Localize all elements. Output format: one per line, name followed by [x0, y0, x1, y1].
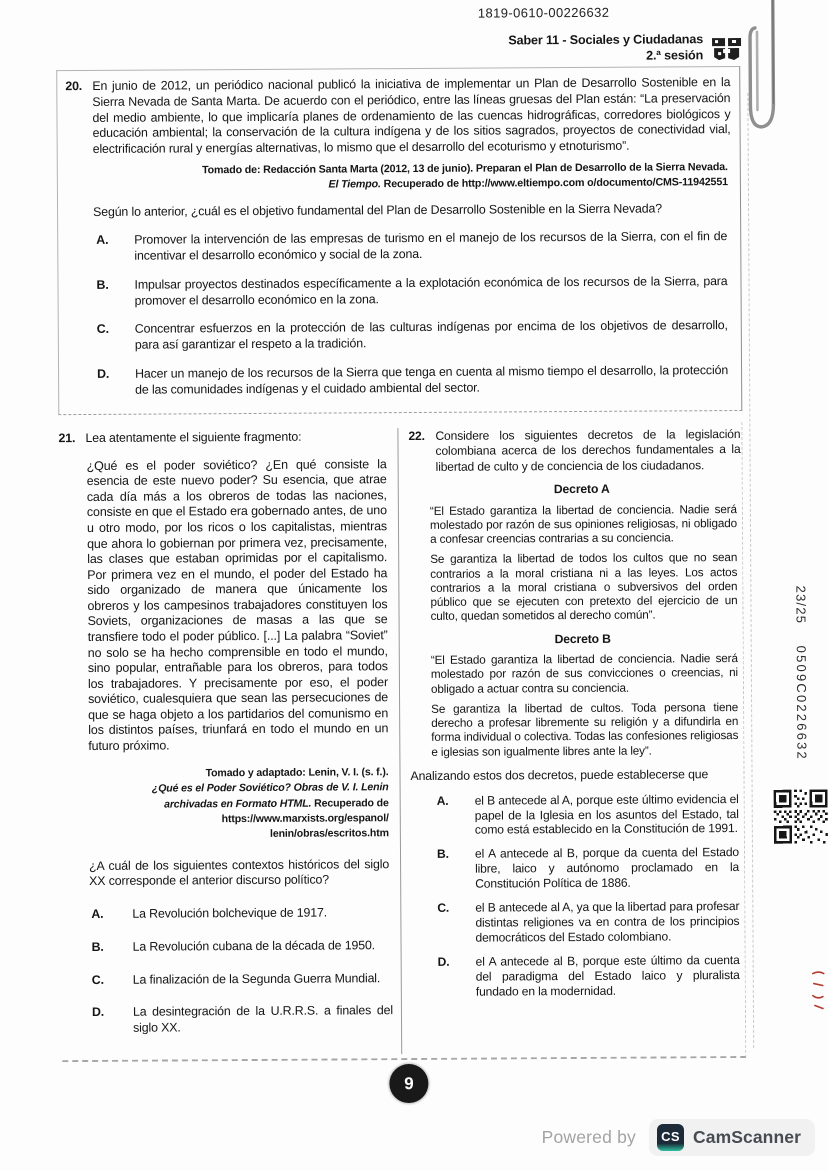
- margin-code: 0509C0226632: [792, 646, 809, 761]
- scanned-exam-page: 1819-0610-00226632 Saber 11 - Sociales y…: [0, 0, 828, 1171]
- q21-option-c: C. La finalización de la Segunda Guerra …: [92, 971, 393, 989]
- camscanner-footer: Powered by CS CamScanner: [0, 1119, 815, 1156]
- q20-option-d: D. Hacer un manejo de los recursos de la…: [97, 363, 732, 398]
- option-text: La finalización de la Segunda Guerra Mun…: [133, 971, 393, 988]
- column-divider: [397, 428, 402, 1054]
- option-text: La desintegración de la U.R.R.S. a final…: [133, 1003, 393, 1036]
- source-line: El Tiempo. Recuperado de http://www.elti…: [66, 175, 728, 194]
- question-20: 20. En junio de 2012, un periódico nacio…: [65, 75, 730, 158]
- question-22-prompt: Analizando estos dos decretos, puede est…: [410, 767, 738, 785]
- decree-b-paragraph-2: Se garantiza la libertad de cultos. Toda…: [431, 701, 738, 760]
- question-number: 21.: [58, 431, 85, 447]
- option-text: el A antecede al B, porque este último d…: [476, 953, 744, 999]
- option-text: La Revolución bolchevique de 1917.: [132, 905, 392, 922]
- red-pen-mark-icon: [809, 969, 828, 1013]
- exam-title: Saber 11 - Sociales y Ciudadanas: [467, 31, 703, 49]
- option-letter: D.: [92, 1005, 133, 1037]
- decree-a-paragraph-1: “El Estado garantiza la libertad de conc…: [430, 503, 737, 548]
- qr-code-icon: [774, 789, 828, 843]
- question-20-box: 20. En junio de 2012, un periódico nacio…: [56, 66, 742, 415]
- option-text: el B antecede al A, porque este último e…: [475, 792, 743, 838]
- option-text: el A antecede al B, porque da cuenta del…: [475, 845, 743, 891]
- source-line: ¿Qué es el Poder Soviético? Obras de V. …: [61, 781, 389, 798]
- question-22: 22. Considere los siguientes decretos de…: [408, 427, 740, 475]
- option-letter: A.: [96, 233, 134, 265]
- q20-option-a: A. Promover la intervención de las empre…: [96, 230, 731, 265]
- q21-option-d: D. La desintegración de la U.R.R.S. a fi…: [92, 1003, 393, 1036]
- option-letter: C.: [437, 901, 475, 946]
- option-letter: D.: [97, 367, 135, 399]
- option-letter: B.: [437, 847, 475, 892]
- question-21-column: 21. Lea atentamente el siguiente fragmen…: [58, 429, 393, 1037]
- camscanner-pill: CS CamScanner: [649, 1119, 815, 1156]
- option-text: el B antecede al A, ya que la libertad p…: [475, 899, 743, 945]
- option-letter: D.: [438, 955, 476, 1000]
- icfes-logo-icon: [711, 34, 742, 61]
- q21-fragment: ¿Qué es el poder soviético? ¿En qué cons…: [87, 457, 389, 755]
- question-21: 21. Lea atentamente el siguiente fragmen…: [58, 429, 389, 447]
- q22-option-b: B. el A antecede al B, porque da cuenta …: [437, 845, 743, 892]
- camscanner-label: CamScanner: [693, 1126, 801, 1148]
- option-text: Promover la intervención de las empresas…: [134, 230, 731, 265]
- page-number-badge: 9: [389, 1064, 428, 1103]
- questions-21-22-section: 21. Lea atentamente el siguiente fragmen…: [58, 422, 746, 1062]
- decree-b-title: Decreto B: [424, 631, 742, 648]
- source-line: https://www.marxists.org/espanol/: [61, 811, 389, 828]
- booklet-code: 1819-0610-00226632: [478, 5, 610, 22]
- option-text: Concentrar esfuerzos en la protección de…: [135, 319, 732, 354]
- q20-option-c: C. Concentrar esfuerzos en la protección…: [97, 319, 732, 354]
- option-letter: A.: [91, 907, 132, 923]
- option-letter: C.: [92, 972, 133, 988]
- page-edge-line: [747, 93, 754, 1048]
- question-20-source: Tomado de: Redacción Santa Marta (2012, …: [66, 160, 728, 194]
- option-text: Hacer un manejo de los recursos de la Si…: [135, 363, 732, 398]
- q21-option-a: A. La Revolución bolchevique de 1917.: [91, 905, 392, 923]
- option-text: La Revolución cubana de la década de 195…: [133, 938, 393, 955]
- option-text: Impulsar proyectos destinados específica…: [134, 274, 731, 309]
- option-letter: B.: [92, 940, 133, 956]
- source-line: lenin/obras/escritos.htm: [61, 826, 389, 843]
- decree-b-paragraph-1: “El Estado garantiza la libertad de conc…: [431, 652, 738, 697]
- q22-option-c: C. el B antecede al A, ya que la liberta…: [437, 899, 743, 946]
- exam-session: 2.ª sesión: [467, 48, 703, 66]
- question-number: 20.: [65, 79, 92, 158]
- question-21-prompt: ¿A cuál de los siguientes contextos hist…: [89, 857, 389, 890]
- exam-header: Saber 11 - Sociales y Ciudadanas 2.ª ses…: [467, 31, 703, 65]
- decree-a-paragraph-2: Se garantiza la libertad de todos los cu…: [430, 551, 737, 624]
- q20-option-b: B. Impulsar proyectos destinados específ…: [96, 274, 731, 309]
- paperclip-icon: [739, 0, 786, 140]
- option-letter: B.: [96, 278, 134, 310]
- q21-option-b: B. La Revolución cubana de la década de …: [92, 938, 393, 956]
- question-20-body: En junio de 2012, un periódico nacional …: [92, 75, 730, 158]
- question-20-prompt: Según lo anterior, ¿cuál es el objetivo …: [93, 201, 731, 221]
- option-letter: C.: [97, 322, 135, 354]
- question-21-lead: Lea atentamente el siguiente fragmento:: [85, 429, 389, 447]
- q22-option-a: A. el B antecede al A, porque este últim…: [437, 792, 743, 839]
- option-letter: A.: [437, 793, 475, 838]
- q22-option-d: D. el A antecede al B, porque este últim…: [438, 953, 744, 1000]
- source-line: archivadas en Formato HTML. Recuperado d…: [61, 796, 389, 813]
- margin-page-fraction: 23/25: [792, 586, 809, 625]
- decree-a-title: Decreto A: [423, 481, 741, 498]
- camscanner-logo-icon: CS: [657, 1124, 684, 1151]
- question-21-source: Tomado y adaptado: Lenin, V. I. (s. f.).…: [60, 766, 388, 843]
- powered-by-label: Powered by: [542, 1126, 636, 1148]
- question-number: 22.: [408, 429, 435, 475]
- question-22-intro: Considere los siguientes decretos de la …: [435, 427, 740, 475]
- question-22-column: 22. Considere los siguientes decretos de…: [408, 427, 743, 1000]
